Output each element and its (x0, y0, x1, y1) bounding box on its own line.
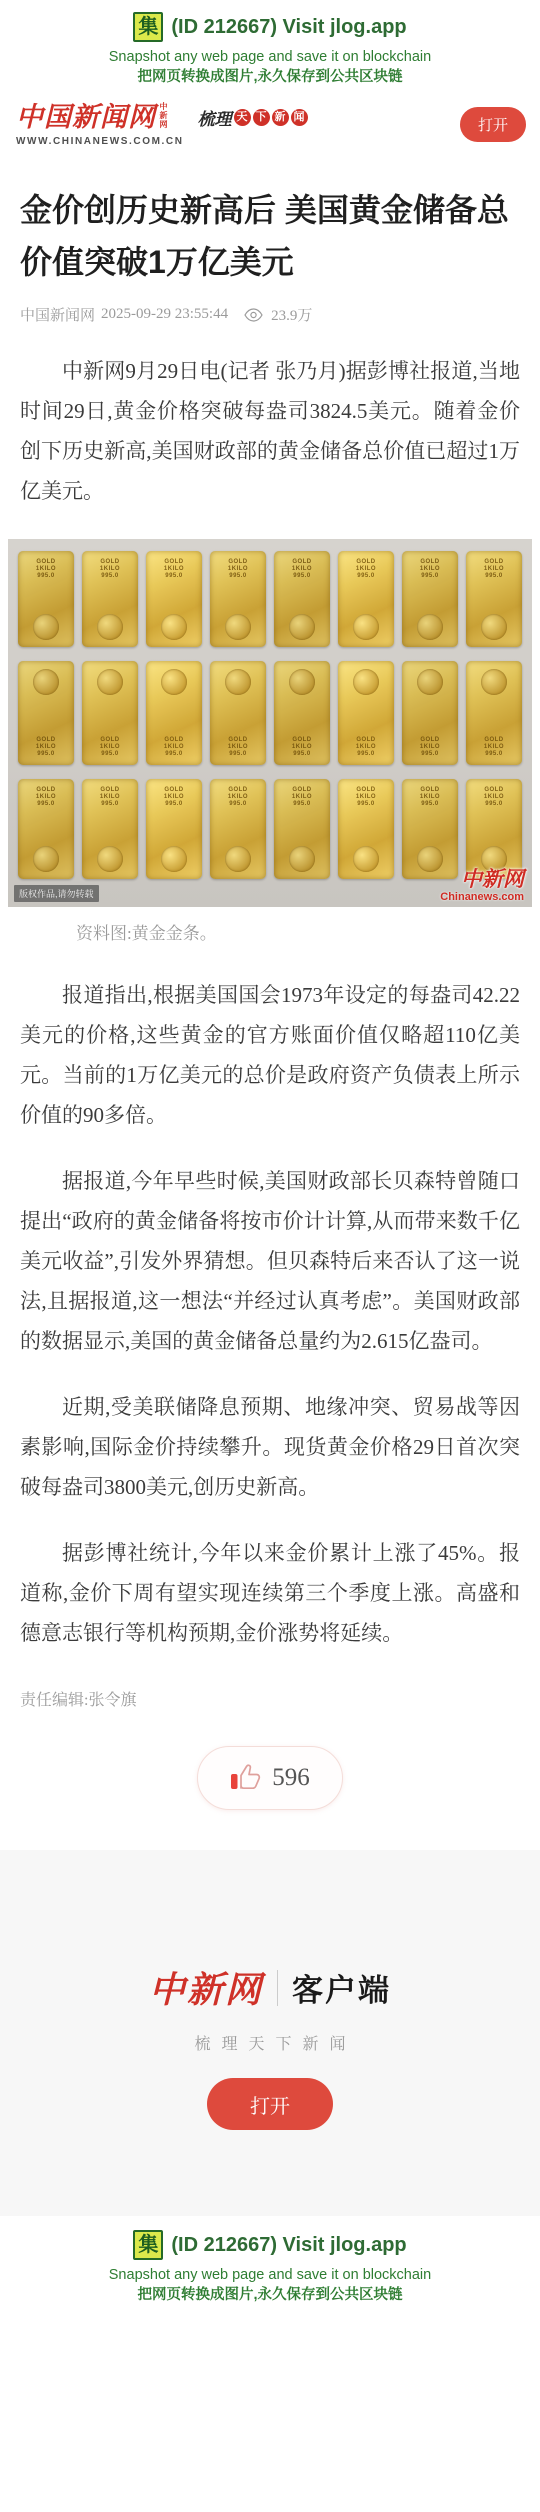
slogan-circle: 闻 (291, 109, 308, 126)
gold-bar-seal (33, 614, 59, 640)
gold-bar: GOLD 1KILO 995.0 (146, 551, 202, 647)
gold-bar-seal (353, 669, 379, 695)
footer-logo: 中新网 客户端 (0, 1962, 540, 2013)
promo-link[interactable]: 集 (ID 212667) Visit jlog.app (10, 12, 530, 42)
article-paragraph: 据报道,今年早些时候,美国财政部长贝森特曾随口提出“政府的黄金储备将按市价计计算… (20, 1161, 520, 1361)
article-source: 中国新闻网 (20, 304, 95, 325)
gold-bar-seal (417, 846, 443, 872)
article-figure: GOLD 1KILO 995.0GOLD 1KILO 995.0GOLD 1KI… (8, 539, 532, 907)
logo-url: WWW.CHINANEWS.COM.CN (16, 136, 184, 147)
gold-bar: GOLD 1KILO 995.0 (18, 551, 74, 647)
gold-bar-row: GOLD 1KILO 995.0GOLD 1KILO 995.0GOLD 1KI… (8, 779, 532, 879)
gold-bar-seal (161, 614, 187, 640)
gold-bar-seal (97, 669, 123, 695)
gold-bar-seal (417, 614, 443, 640)
ji-logo-icon: 集 (133, 2230, 163, 2260)
gold-bar: GOLD 1KILO 995.0 (274, 551, 330, 647)
gold-bar: GOLD 1KILO 995.0 (82, 779, 138, 879)
gold-bar-seal (161, 846, 187, 872)
promo-subtitle-en: Snapshot any web page and save it on blo… (10, 48, 530, 67)
gold-bar: GOLD 1KILO 995.0 (402, 551, 458, 647)
gold-bar: GOLD 1KILO 995.0 (210, 779, 266, 879)
gold-bar: GOLD 1KILO 995.0 (82, 551, 138, 647)
article-paragraph: 据彭博社统计,今年以来金价累计上涨了45%。报道称,金价下周有望实现连续第三个季… (20, 1533, 520, 1653)
gold-bar-row: GOLD 1KILO 995.0GOLD 1KILO 995.0GOLD 1KI… (8, 551, 532, 647)
gold-bar: GOLD 1KILO 995.0 (146, 661, 202, 765)
gold-bar-seal (225, 669, 251, 695)
gold-bar: GOLD 1KILO 995.0 (18, 661, 74, 765)
gold-bar: GOLD 1KILO 995.0 (210, 551, 266, 647)
gold-bar-seal (289, 614, 315, 640)
promo-link[interactable]: 集 (ID 212667) Visit jlog.app (10, 2230, 530, 2260)
view-count: 23.9万 (271, 304, 312, 325)
promo-banner-bottom: 集 (ID 212667) Visit jlog.app Snapshot an… (0, 2216, 540, 2298)
gold-bar: GOLD 1KILO 995.0 (338, 551, 394, 647)
site-header: 中国新闻网 中新网 WWW.CHINANEWS.COM.CN 梳理 天 下 新 … (0, 88, 540, 160)
gold-bar: GOLD 1KILO 995.0 (274, 661, 330, 765)
promo-title: (ID 212667) Visit jlog.app (171, 2234, 406, 2257)
gold-bar: GOLD 1KILO 995.0 (466, 779, 522, 879)
gold-bar: GOLD 1KILO 995.0 (82, 661, 138, 765)
logo-side-text: 中新网 (159, 102, 168, 129)
article-paragraph: 近期,受美联储降息预期、地缘冲突、贸易战等因素影响,国际金价持续攀升。现货黄金价… (20, 1387, 520, 1507)
gold-bar: GOLD 1KILO 995.0 (338, 661, 394, 765)
promo-title: (ID 212667) Visit jlog.app (171, 16, 406, 39)
gold-bar: GOLD 1KILO 995.0 (18, 779, 74, 879)
thumbs-up-icon (230, 1762, 262, 1795)
ji-logo-icon: 集 (133, 12, 163, 42)
gold-bar-seal (97, 614, 123, 640)
logo-text: 中国新闻网 (16, 102, 156, 132)
gold-bar-seal (353, 614, 379, 640)
gold-bar: GOLD 1KILO 995.0 (402, 661, 458, 765)
photo-watermark: 中新网 Chinanews.com (440, 869, 524, 903)
gold-bars-photo: GOLD 1KILO 995.0GOLD 1KILO 995.0GOLD 1KI… (8, 539, 532, 907)
gold-bar-seal (481, 669, 507, 695)
article-timestamp: 2025-09-29 23:55:44 (101, 306, 228, 323)
article-paragraph: 报道指出,根据美国国会1973年设定的每盎司42.22美元的价格,这些黄金的官方… (20, 975, 520, 1135)
gold-bar: GOLD 1KILO 995.0 (210, 661, 266, 765)
watermark-cn: 中新网 (440, 869, 524, 890)
promo-subtitle-cn: 把网页转换成图片,永久保存到公共区块链 (10, 67, 530, 87)
photo-copyright-label: 版权作品,请勿转载 (14, 885, 99, 902)
gold-bar-seal (161, 669, 187, 695)
footer-slogan: 梳理天下新闻 (0, 2031, 540, 2054)
article-title: 金价创历史新高后 美国黄金储备总价值突破1万亿美元 (20, 184, 520, 288)
header-slogan: 梳理 天 下 新 闻 (198, 105, 308, 130)
article-paragraph: 中新网9月29日电(记者 张乃月)据彭博社报道,当地时间29日,黄金价格突破每盎… (20, 351, 520, 511)
gold-bar-seal (417, 669, 443, 695)
gold-bar-seal (225, 614, 251, 640)
gold-bar-seal (353, 846, 379, 872)
gold-bar-seal (481, 614, 507, 640)
image-caption: 资料图:黄金金条。 (20, 919, 520, 949)
promo-subtitle-en: Snapshot any web page and save it on blo… (10, 2266, 530, 2285)
gold-bar: GOLD 1KILO 995.0 (338, 779, 394, 879)
editor-byline: 责任编辑:张令旗 (20, 1687, 520, 1710)
article: 金价创历史新高后 美国黄金储备总价值突破1万亿美元 中国新闻网 2025-09-… (0, 184, 540, 511)
site-logo[interactable]: 中国新闻网 中新网 WWW.CHINANEWS.COM.CN (16, 102, 184, 147)
gold-bar-row: GOLD 1KILO 995.0GOLD 1KILO 995.0GOLD 1KI… (8, 661, 532, 765)
gold-bar-seal (33, 669, 59, 695)
gold-bar-seal (289, 846, 315, 872)
footer-logo-cn: 中新网 (149, 1962, 263, 2013)
slogan-circle: 新 (272, 109, 289, 126)
gold-bar: GOLD 1KILO 995.0 (466, 551, 522, 647)
like-button[interactable]: 596 (197, 1746, 343, 1810)
views-eye-icon (244, 308, 263, 322)
article-meta: 中国新闻网 2025-09-29 23:55:44 23.9万 (20, 304, 520, 325)
gold-bar: GOLD 1KILO 995.0 (146, 779, 202, 879)
promo-subtitle-cn: 把网页转换成图片,永久保存到公共区块链 (10, 2285, 530, 2305)
gold-bar-seal (289, 669, 315, 695)
like-count: 596 (272, 1764, 310, 1792)
gold-bar: GOLD 1KILO 995.0 (402, 779, 458, 879)
gold-bar: GOLD 1KILO 995.0 (274, 779, 330, 879)
gold-bar: GOLD 1KILO 995.0 (466, 661, 522, 765)
watermark-en: Chinanews.com (440, 892, 524, 903)
gold-bar-seal (97, 846, 123, 872)
open-app-button-header[interactable]: 打开 (460, 107, 526, 142)
slogan-prefix: 梳理 (198, 105, 232, 130)
slogan-circle: 下 (253, 109, 270, 126)
gold-bar-seal (33, 846, 59, 872)
footer-logo-client: 客户端 (292, 1965, 391, 2010)
footer-logo-divider (277, 1970, 278, 2006)
promo-banner-top: 集 (ID 212667) Visit jlog.app Snapshot an… (0, 0, 540, 88)
gold-bar-seal (225, 846, 251, 872)
slogan-circle: 天 (234, 109, 251, 126)
open-app-button-footer[interactable]: 打开 (207, 2078, 333, 2130)
app-footer: 中新网 客户端 梳理天下新闻 打开 (0, 1850, 540, 2216)
